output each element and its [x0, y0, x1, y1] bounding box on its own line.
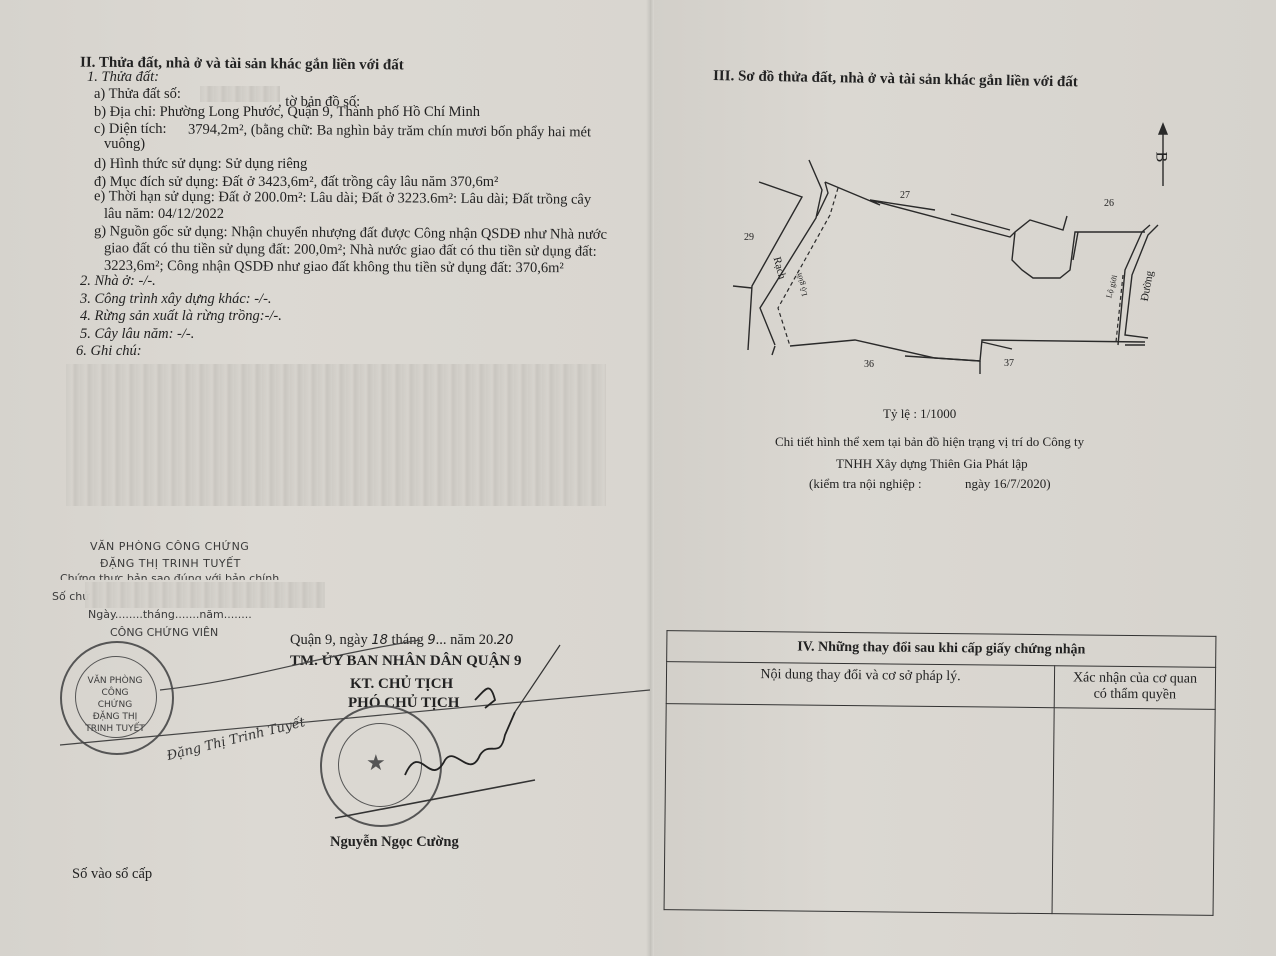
map-scale: Tỷ lệ : 1/1000 — [883, 405, 956, 422]
north-label: B — [1151, 152, 1169, 163]
changes-table: IV. Những thay đổi sau khi cấp giấy chứn… — [664, 630, 1217, 916]
parcel-label-27: 27 — [900, 190, 910, 201]
confirm-header-line2: có thẩm quyền — [1056, 686, 1214, 704]
map-note-line3b: ngày 16/7/2020) — [965, 475, 1051, 492]
signer-name: Nguyễn Ngọc Cường — [330, 834, 459, 851]
confirm-header-line1: Xác nhận của cơ quan — [1056, 670, 1214, 688]
changes-col-content-header: Nội dung thay đổi và cơ sở pháp lý. — [666, 662, 1054, 708]
map-note-line2: TNHH Xây dựng Thiên Gia Phát lập — [836, 455, 1028, 472]
changes-confirm-cell — [1052, 708, 1215, 916]
parcel-label-36: 36 — [864, 359, 874, 370]
register-number-label: Số vào sổ cấp — [72, 866, 152, 883]
changes-content-cell — [664, 704, 1054, 914]
parcel-label-37: 37 — [1004, 358, 1014, 369]
parcel-label-29: 29 — [744, 232, 754, 243]
changes-col-confirm-header: Xác nhận của cơ quan có thẩm quyền — [1054, 666, 1215, 710]
map-note-line3a: (kiểm tra nội nghiệp : — [809, 475, 922, 492]
signature-strokes — [0, 0, 650, 956]
map-note-line1: Chi tiết hình thể xem tại bản đồ hiện tr… — [775, 433, 1084, 450]
land-plot-diagram — [730, 120, 1190, 380]
parcel-label-26: 26 — [1104, 198, 1114, 209]
